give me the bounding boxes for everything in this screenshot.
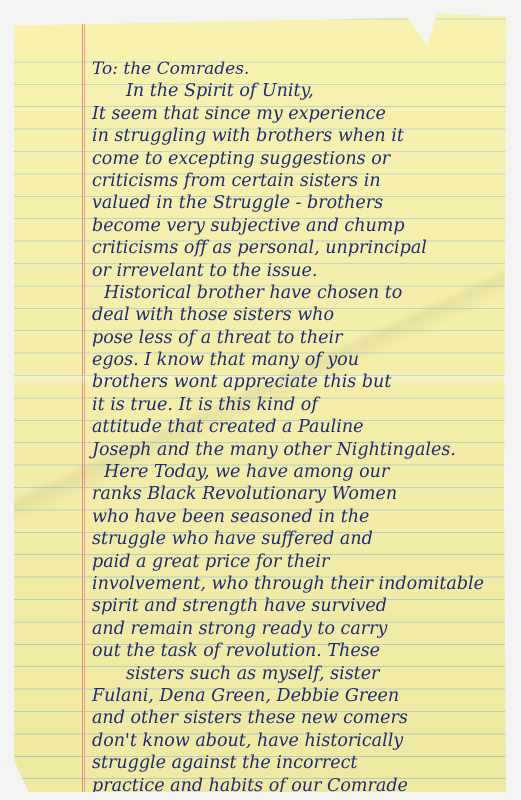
legal-pad-page: To: the Comrades. In the Spirit of Unity… [14,10,506,792]
letter-line: become very subjective and chump [92,215,502,237]
letter-line: pose less of a threat to their [92,327,502,349]
letter-body: To: the Comrades. In the Spirit of Unity… [92,58,502,797]
letter-line: or irrevelant to the issue. [92,260,502,282]
margin-line [82,10,85,792]
letter-line: struggle who have suffered and [92,528,502,550]
letter-line: and other sisters these new comers [92,707,502,729]
letter-line: valued in the Struggle - brothers [92,192,502,214]
letter-line: paid a great price for their [92,551,502,573]
letter-line: in struggling with brothers when it [92,125,502,147]
letter-line: and remain strong ready to carry [92,618,502,640]
letter-line: Historical brother have chosen to [92,282,502,304]
letter-line: criticisms off as personal, unprincipal [92,237,502,259]
letter-line: It seem that since my experience [92,103,502,125]
letter-line: criticisms from certain sisters in [92,170,502,192]
letter-line: deal with those sisters who [92,304,502,326]
letter-line: struggle against the incorrect [92,752,502,774]
letter-line: don't know about, have historically [92,730,502,752]
letter-line: Fulani, Dena Green, Debbie Green [92,685,502,707]
letter-line: attitude that created a Pauline [92,416,502,438]
letter-line: practice and habits of our Comrade [92,775,502,797]
letter-line: Joseph and the many other Nightingales. [92,439,502,461]
letter-line: come to excepting suggestions or [92,148,502,170]
letter-line: out the task of revolution. These [92,640,502,662]
letter-line: it is true. It is this kind of [92,394,502,416]
letter-line: brothers wont appreciate this but [92,371,502,393]
letter-line: ranks Black Revolutionary Women [92,483,502,505]
letter-line: spirit and strength have survived [92,595,502,617]
letter-line: involvement, who through their indomitab… [92,573,502,595]
letter-line: sisters such as myself, sister [92,663,502,685]
letter-line: In the Spirit of Unity, [92,80,502,102]
letter-line: egos. I know that many of you [92,349,502,371]
letter-line: who have been seasoned in the [92,506,502,528]
letter-line: Here Today, we have among our [92,461,502,483]
letter-greeting: To: the Comrades. [92,58,502,80]
